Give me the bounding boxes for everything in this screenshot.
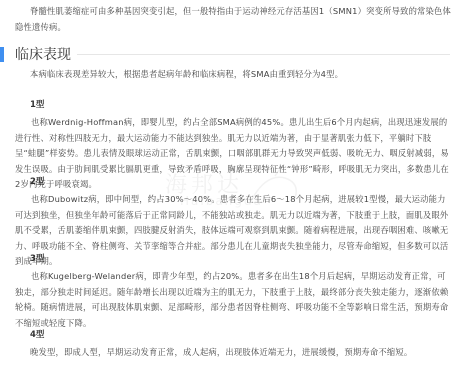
- section-title: 临床表现: [15, 44, 71, 64]
- section-divider: [77, 54, 450, 55]
- summary-paragraph: 本病临床表现差异较大，根据患者起病年龄和临床病程，将SMA由重到轻分为4型。: [30, 67, 450, 83]
- intro-paragraph: 脊髓性肌萎缩症可由多种基因突变引起，但一般特指由于运动神经元存活基因1（SMN1…: [15, 4, 455, 35]
- section-accent-bar: [0, 47, 4, 62]
- type-1-paragraph: 也称Werdnig-Hoffman病，即婴儿型，约占全部SMA病例的45%。患儿…: [15, 115, 450, 193]
- type-4-heading: 4型: [30, 328, 44, 340]
- type-3-paragraph: 也称Kugelberg-Welander病，即青少年型，约占20%。患者多在出生…: [15, 269, 450, 331]
- type-2-heading: 2型: [30, 175, 44, 187]
- section-header-clinical: 临床表现: [0, 44, 450, 64]
- type-2-paragraph: 也称Dubowitz病，即中间型，约占30%～40%。患者多在生后6～18个月起…: [15, 192, 450, 270]
- type-1-heading: 1型: [30, 98, 44, 110]
- type-3-heading: 3型: [30, 252, 44, 264]
- type-4-paragraph: 晚发型，即成人型，早期运动发育正常，成人起病，出现肢体近端无力，进展缓慢，预期寿…: [30, 345, 450, 361]
